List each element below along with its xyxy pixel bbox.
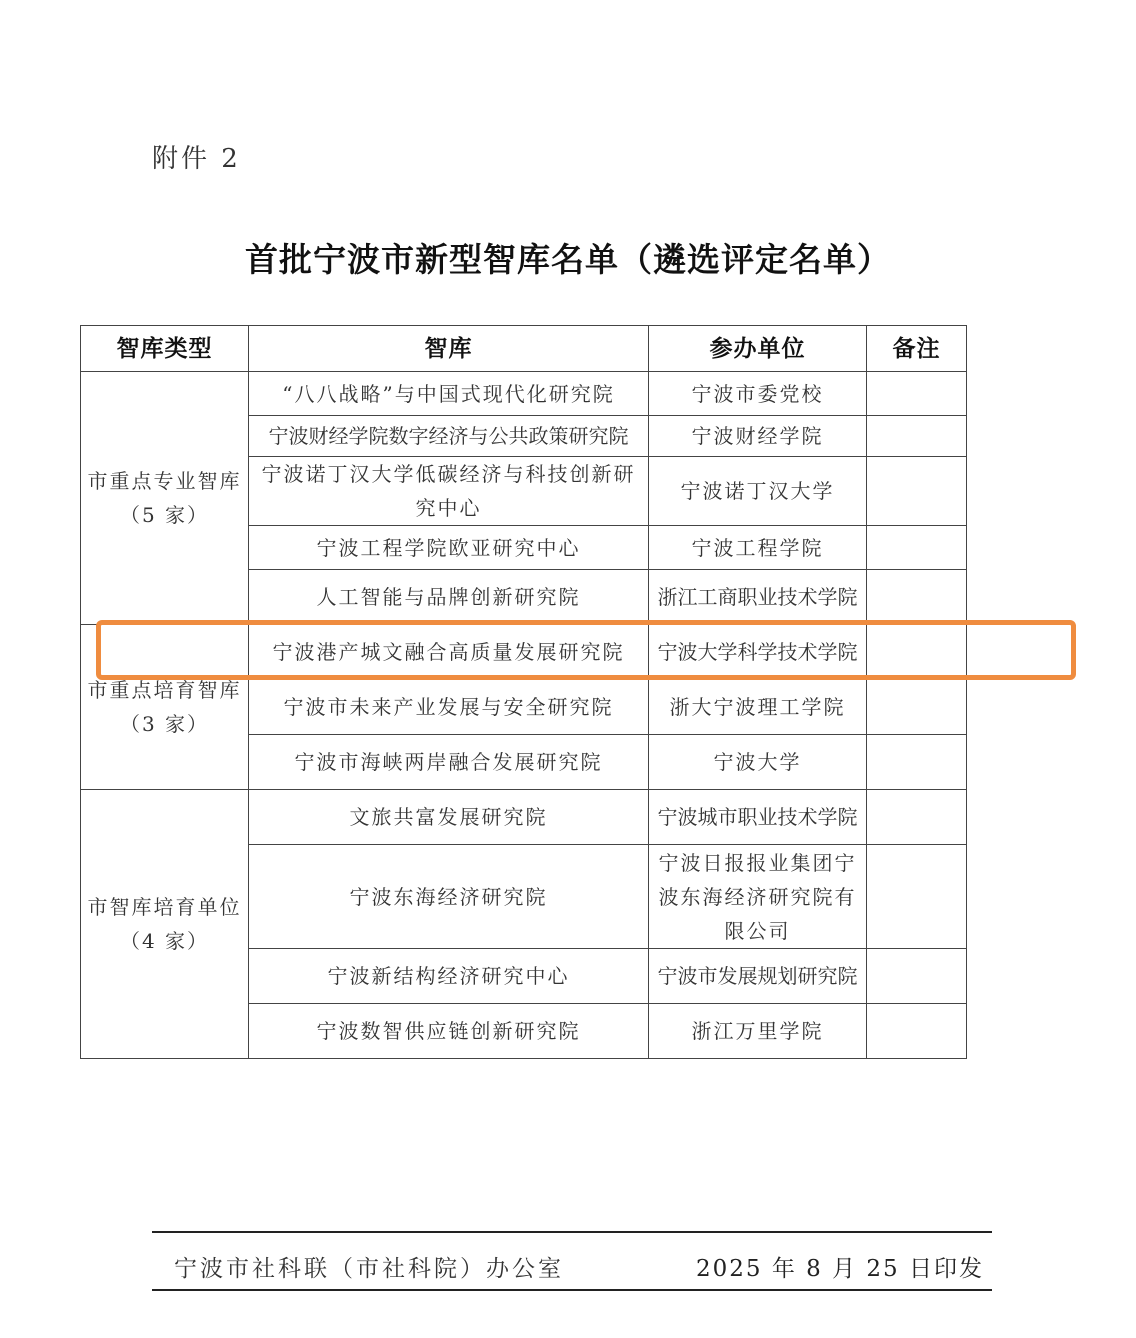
group-type-cell: 市重点培育智库 （3 家）	[81, 625, 249, 790]
think-tank-cell: 宁波东海经济研究院	[249, 845, 649, 949]
group-count-label: （4 家）	[87, 924, 242, 958]
table-header-row: 智库类型 智库 参办单位 备注	[81, 326, 967, 372]
think-tank-cell: “八八战略”与中国式现代化研究院	[249, 372, 649, 416]
note-cell	[867, 416, 967, 457]
think-tank-cell: 宁波诺丁汉大学低碳经济与科技创新研究中心	[249, 457, 649, 526]
footer-bottom-rule	[152, 1289, 992, 1291]
table-row: 市重点培育智库 （3 家） 宁波港产城文融合高质量发展研究院 宁波大学科学技术学…	[81, 625, 967, 680]
attachment-label: 附件 2	[152, 138, 241, 175]
group-type-label: 市智库培育单位	[87, 890, 242, 924]
group-type-cell: 市重点专业智库 （5 家）	[81, 372, 249, 625]
note-cell	[867, 845, 967, 949]
note-cell	[867, 949, 967, 1004]
note-cell	[867, 570, 967, 625]
host-unit-cell: 浙江万里学院	[649, 1004, 867, 1059]
table-row: 市重点专业智库 （5 家） “八八战略”与中国式现代化研究院 宁波市委党校	[81, 372, 967, 416]
note-cell	[867, 680, 967, 735]
note-cell	[867, 735, 967, 790]
host-unit-cell: 宁波大学科学技术学院	[649, 625, 867, 680]
header-think-tank: 智库	[249, 326, 649, 372]
think-tank-cell: 宁波市海峡两岸融合发展研究院	[249, 735, 649, 790]
think-tank-cell: 人工智能与品牌创新研究院	[249, 570, 649, 625]
footer-issuer: 宁波市社科联（市社科院）办公室	[174, 1250, 564, 1283]
host-unit-cell: 宁波日报报业集团宁波东海经济研究院有限公司	[649, 845, 867, 949]
note-cell	[867, 372, 967, 416]
think-tank-cell: 宁波工程学院欧亚研究中心	[249, 526, 649, 570]
table-row: 市智库培育单位 （4 家） 文旅共富发展研究院 宁波城市职业技术学院	[81, 790, 967, 845]
group-type-cell: 市智库培育单位 （4 家）	[81, 790, 249, 1059]
group-type-label: 市重点培育智库	[87, 673, 242, 707]
note-cell	[867, 625, 967, 680]
footer-top-rule	[152, 1231, 992, 1233]
host-unit-cell: 浙大宁波理工学院	[649, 680, 867, 735]
think-tank-cell: 宁波新结构经济研究中心	[249, 949, 649, 1004]
group-type-label: 市重点专业智库	[87, 464, 242, 498]
header-type: 智库类型	[81, 326, 249, 372]
document-title: 首批宁波市新型智库名单（遴选评定名单）	[0, 234, 1136, 281]
footer-date: 2025 年 8 月 25 日印发	[696, 1250, 984, 1283]
header-note: 备注	[867, 326, 967, 372]
host-unit-cell: 宁波诺丁汉大学	[649, 457, 867, 526]
host-unit-cell: 宁波工程学院	[649, 526, 867, 570]
header-host-unit: 参办单位	[649, 326, 867, 372]
note-cell	[867, 457, 967, 526]
think-tank-table: 智库类型 智库 参办单位 备注 市重点专业智库 （5 家） “八八战略”与中国式…	[80, 325, 967, 1059]
group-count-label: （3 家）	[87, 707, 242, 741]
host-unit-cell: 宁波市发展规划研究院	[649, 949, 867, 1004]
think-tank-cell: 宁波市未来产业发展与安全研究院	[249, 680, 649, 735]
group-count-label: （5 家）	[87, 498, 242, 532]
host-unit-cell: 宁波大学	[649, 735, 867, 790]
think-tank-cell: 宁波数智供应链创新研究院	[249, 1004, 649, 1059]
note-cell	[867, 790, 967, 845]
host-unit-cell: 宁波城市职业技术学院	[649, 790, 867, 845]
host-unit-cell: 浙江工商职业技术学院	[649, 570, 867, 625]
think-tank-cell: 宁波港产城文融合高质量发展研究院	[249, 625, 649, 680]
note-cell	[867, 526, 967, 570]
think-tank-cell: 文旅共富发展研究院	[249, 790, 649, 845]
note-cell	[867, 1004, 967, 1059]
host-unit-cell: 宁波财经学院	[649, 416, 867, 457]
host-unit-cell: 宁波市委党校	[649, 372, 867, 416]
think-tank-cell: 宁波财经学院数字经济与公共政策研究院	[249, 416, 649, 457]
